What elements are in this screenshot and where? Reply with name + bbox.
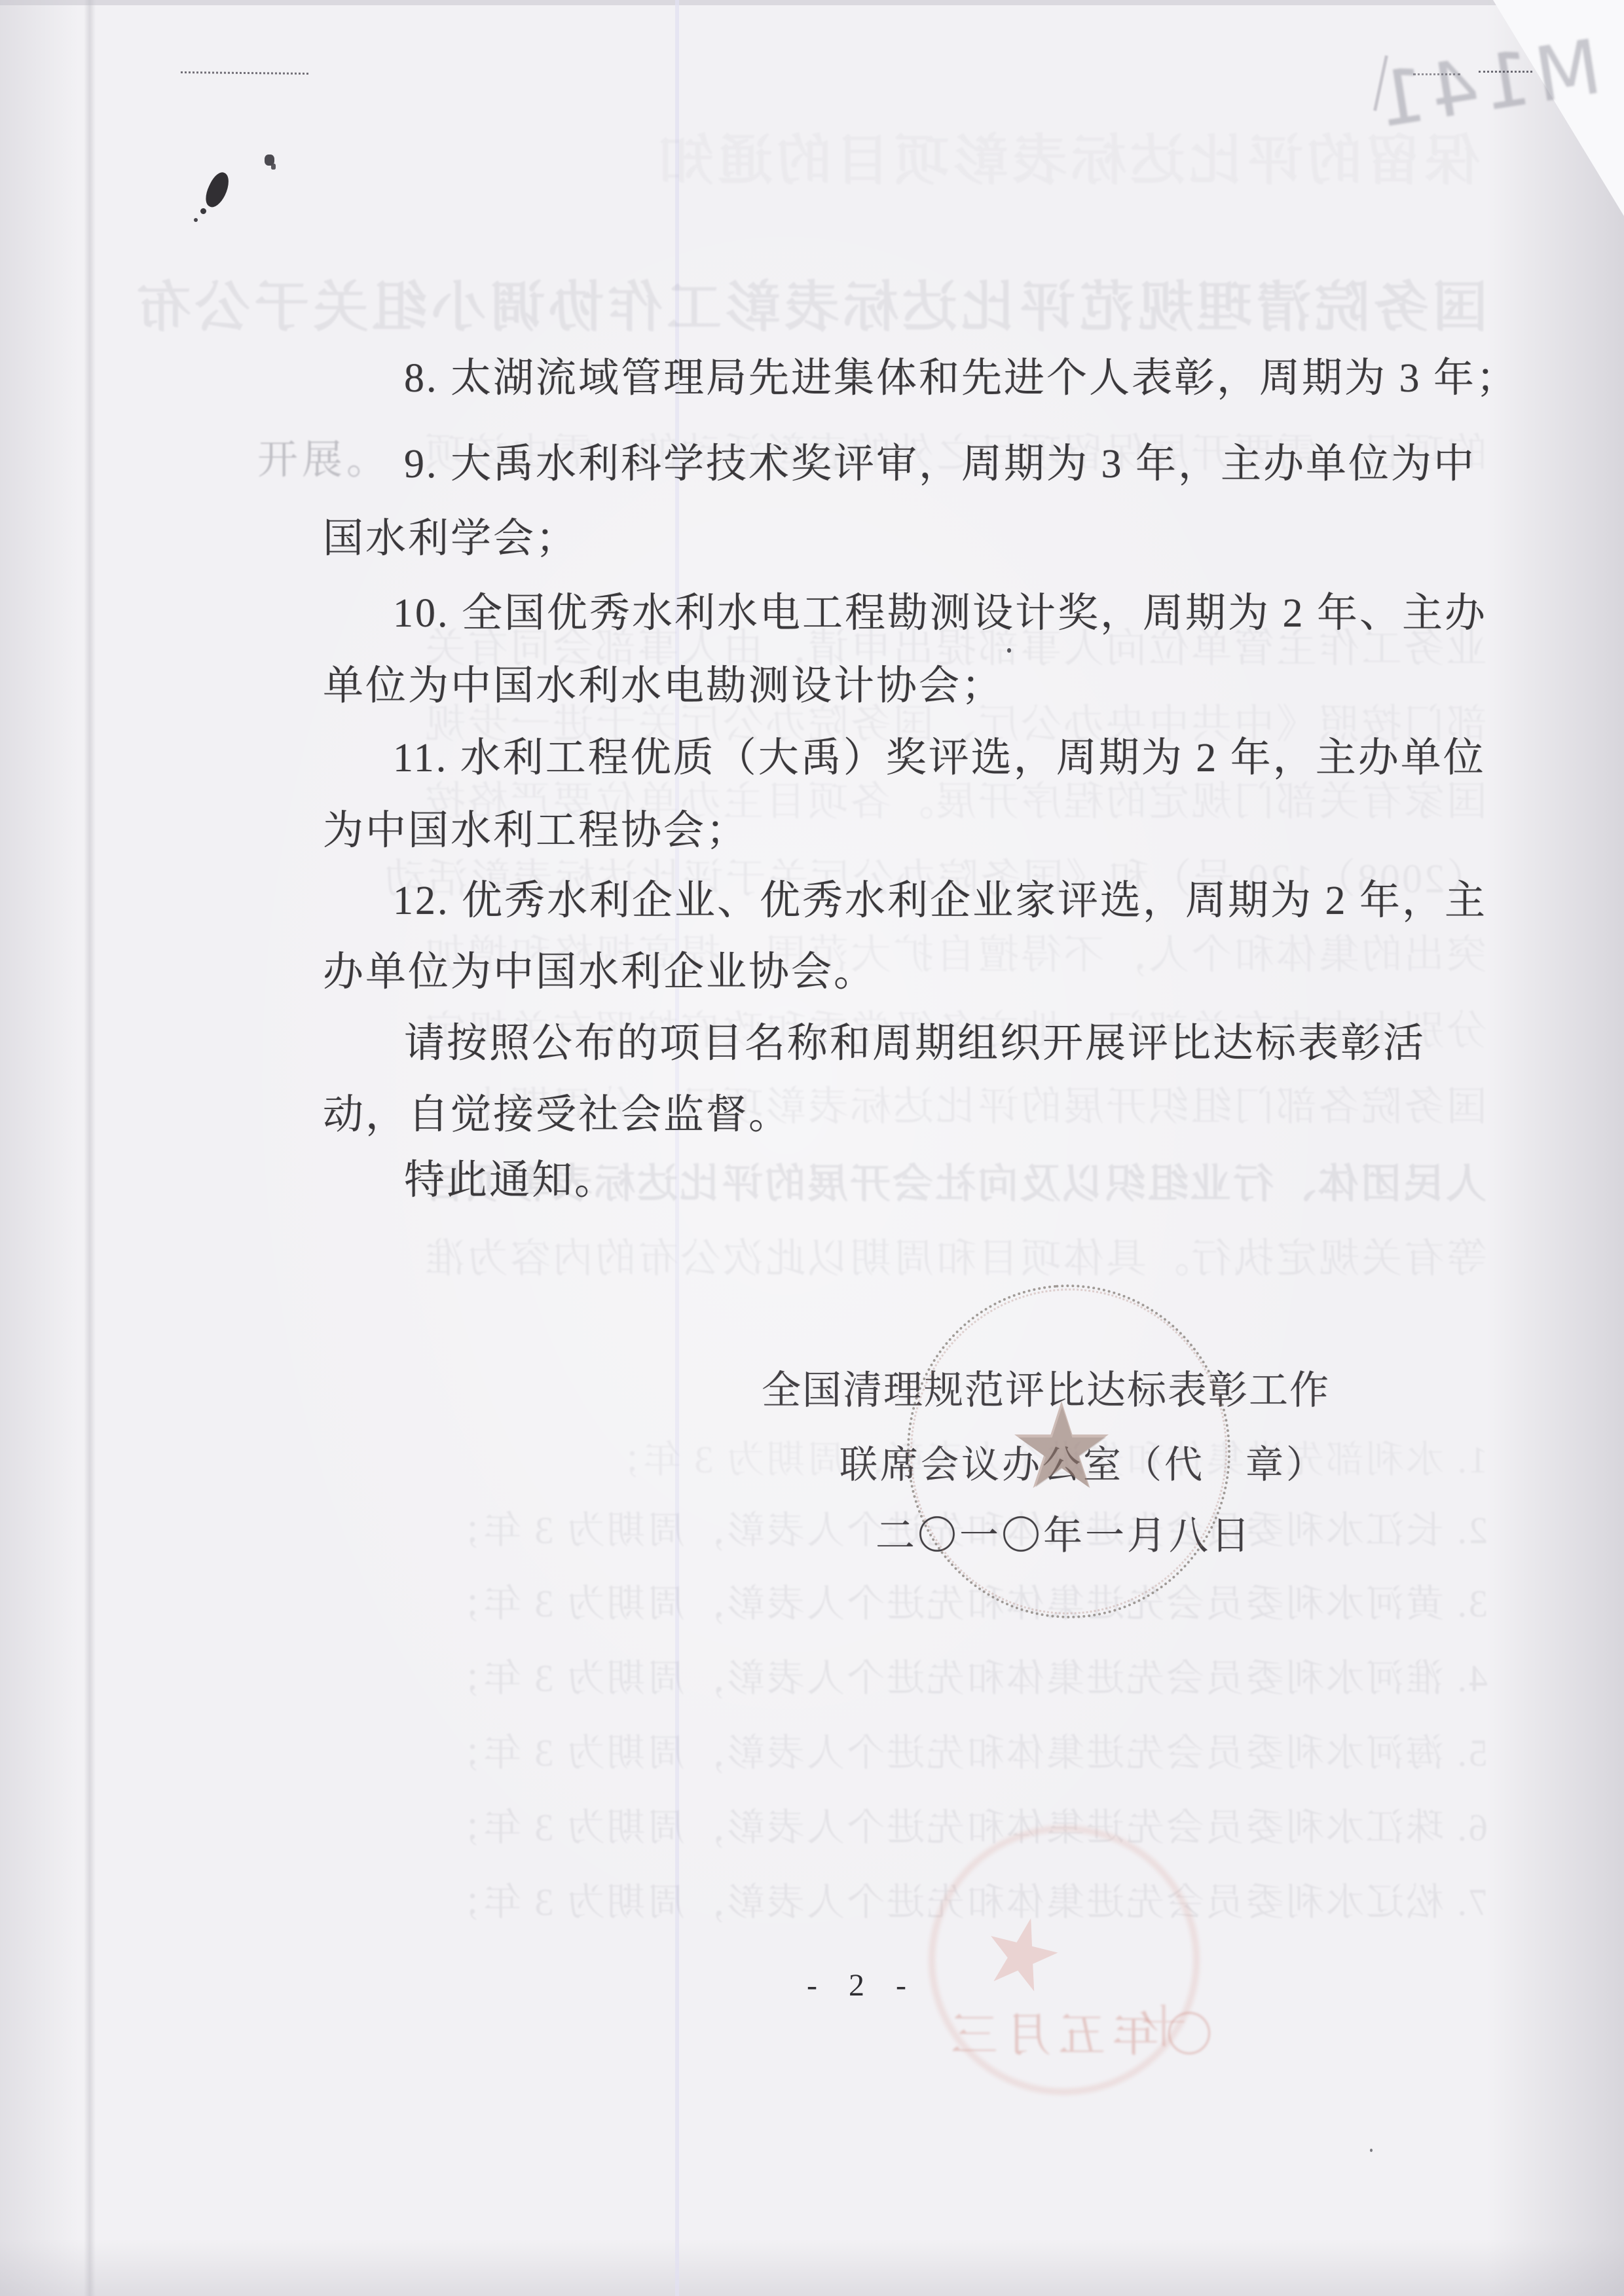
body-line: 特此通知。	[404, 1147, 617, 1205]
body-line: 单位为中国水利水电勘测设计协会；	[323, 653, 1004, 711]
ink-dot	[1007, 648, 1011, 653]
ink-blot-tail-1	[200, 208, 206, 214]
body-line: 11. 水利工程优质（大禹）奖评选，周期为 2 年，主办单位	[393, 725, 1486, 783]
body-line: 国水利学会；	[323, 505, 578, 564]
ink-speck-small	[265, 155, 274, 166]
bleed-list-line: 4. 淮河水利委员会先进集体和先进个人表彰，周期为 3 年；	[322, 1647, 1488, 1702]
bleed-list-line: 6. 珠江水利委员会先进集体和先进个人表彰，周期为 3 年；	[322, 1796, 1488, 1851]
body-line: 为中国水利工程协会；	[323, 797, 748, 856]
body-line: 9. 大禹水利科学技术奖评审，周期为 3 年，主办单位为中	[404, 431, 1476, 489]
body-line: 办单位为中国水利企业协会。	[323, 939, 876, 997]
body-line: 12. 优秀水利企业、优秀水利企业家评选，周期为 2 年，主	[393, 867, 1487, 926]
dotted-line-top-left	[181, 71, 308, 75]
bleed-list-line: 5. 海河水利委员会先进集体和先进个人表彰，周期为 3 年；	[322, 1722, 1488, 1777]
ink-blot-tail-2	[194, 218, 198, 222]
bleed-fragment-kaizhan: 开展。	[257, 427, 391, 485]
dotted-line-top-right-1	[1413, 73, 1460, 75]
mirror-stamp-char: 十	[1141, 1990, 1187, 2056]
ink-dot-2	[1370, 2149, 1373, 2152]
scan-shade-bottom	[0, 2239, 1624, 2296]
body-line: 8. 太湖流域管理局先进集体和先进个人表彰，周期为 3 年；	[404, 345, 1519, 403]
bleed-title-faint: 保留的评比达标表彰项目的通知	[275, 117, 1480, 196]
scan-shade-top	[0, 0, 1624, 5]
bleed-title-main: 国务院清理规范评比达标表彰工作协调小组关于公布	[254, 263, 1488, 342]
scan-shade-left-edge	[0, 0, 79, 2296]
page-number: - 2 -	[807, 1967, 918, 2003]
bleed-list-line: 7. 松辽水利委员会先进集体和先进个人表彰，周期为 3 年；	[322, 1871, 1488, 1926]
bleed-line: 等有关规定执行。具体项目和周期以此次公布的内容为准	[259, 1226, 1487, 1284]
dotted-line-top-right-2	[1479, 71, 1532, 73]
body-line: 请按照公布的项目名称和周期组织开展评比达标表彰活	[404, 1010, 1426, 1068]
scanned-document-page: 保留的评比达标表彰项目的通知 国务院清理规范评比达标表彰工作协调小组关于公布 的…	[0, 0, 1624, 2296]
scan-crease-left	[84, 0, 96, 2296]
body-line: 动，自觉接受社会监督。	[323, 1082, 791, 1140]
bleed-list-line: 3. 黄河水利委员会先进集体和先进个人表彰，周期为 3 年；	[322, 1573, 1488, 1628]
body-line: 10. 全国优秀水利水电工程勘测设计奖，周期为 2 年、主办	[393, 580, 1487, 638]
